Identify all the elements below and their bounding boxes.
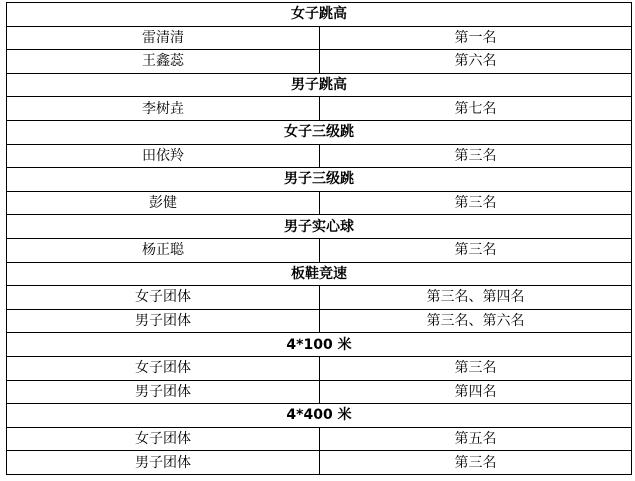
section-title: 板鞋竞速 xyxy=(7,262,632,286)
rank: 第一名 xyxy=(320,26,632,50)
section-title: 男子实心球 xyxy=(7,215,632,239)
team-name: 男子团体 xyxy=(7,309,320,333)
team-name: 男子团体 xyxy=(7,451,320,475)
rank: 第三名 xyxy=(320,238,632,262)
section-title: 男子三级跳 xyxy=(7,168,632,192)
table-row: 女子团体第三名 xyxy=(7,356,632,380)
table-row: 男子团体第三名、第六名 xyxy=(7,309,632,333)
section-title: 女子三级跳 xyxy=(7,120,632,144)
rank: 第三名 xyxy=(320,356,632,380)
rank: 第三名 xyxy=(320,144,632,168)
table-row: 男子团体第三名 xyxy=(7,451,632,475)
rank: 第七名 xyxy=(320,97,632,121)
rank: 第三名、第六名 xyxy=(320,309,632,333)
section-header-row: 4*100 米 xyxy=(7,333,632,357)
table-row: 杨正聪第三名 xyxy=(7,238,632,262)
rank: 第六名 xyxy=(320,50,632,74)
table-row: 田依羚第三名 xyxy=(7,144,632,168)
athlete-name: 王鑫蕊 xyxy=(7,50,320,74)
team-name: 女子团体 xyxy=(7,356,320,380)
team-name: 女子团体 xyxy=(7,427,320,451)
table-row: 女子团体第三名、第四名 xyxy=(7,286,632,310)
section-header-row: 板鞋竞速 xyxy=(7,262,632,286)
rank: 第三名 xyxy=(320,191,632,215)
table-row: 男子团体第四名 xyxy=(7,380,632,404)
table-row: 女子团体第五名 xyxy=(7,427,632,451)
athlete-name: 李树垚 xyxy=(7,97,320,121)
section-header-row: 4*400 米 xyxy=(7,404,632,428)
table-row: 雷清清第一名 xyxy=(7,26,632,50)
section-header-row: 男子跳高 xyxy=(7,73,632,97)
rank: 第四名 xyxy=(320,380,632,404)
table-row: 李树垚第七名 xyxy=(7,97,632,121)
section-title: 4*100 米 xyxy=(7,333,632,357)
rank: 第三名、第四名 xyxy=(320,286,632,310)
athlete-name: 田依羚 xyxy=(7,144,320,168)
team-name: 女子团体 xyxy=(7,286,320,310)
section-title: 女子跳高 xyxy=(7,3,632,27)
results-table: 女子跳高 雷清清第一名 王鑫蕊第六名 男子跳高 李树垚第七名 女子三级跳 田依羚… xyxy=(6,2,632,475)
athlete-name: 雷清清 xyxy=(7,26,320,50)
athlete-name: 杨正聪 xyxy=(7,238,320,262)
section-title: 4*400 米 xyxy=(7,404,632,428)
table-row: 王鑫蕊第六名 xyxy=(7,50,632,74)
rank: 第三名 xyxy=(320,451,632,475)
team-name: 男子团体 xyxy=(7,380,320,404)
section-header-row: 女子跳高 xyxy=(7,3,632,27)
table-row: 彭健第三名 xyxy=(7,191,632,215)
rank: 第五名 xyxy=(320,427,632,451)
section-header-row: 男子实心球 xyxy=(7,215,632,239)
section-title: 男子跳高 xyxy=(7,73,632,97)
athlete-name: 彭健 xyxy=(7,191,320,215)
section-header-row: 男子三级跳 xyxy=(7,168,632,192)
section-header-row: 女子三级跳 xyxy=(7,120,632,144)
